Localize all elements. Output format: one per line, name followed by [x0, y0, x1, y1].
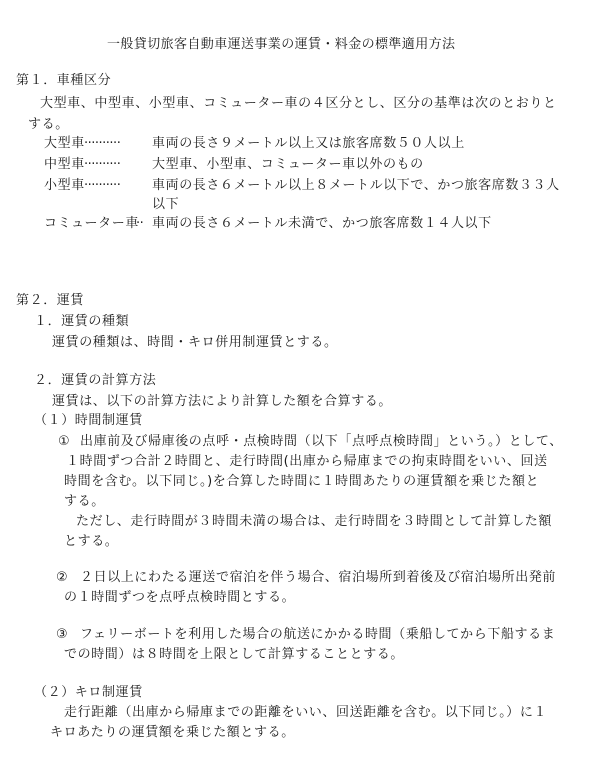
category-leader: ··: [136, 216, 143, 232]
item-line: する。: [64, 494, 105, 510]
item-line: ２日以上にわたる運送で宿泊を伴う場合、宿泊場所到着後及び宿泊場所出発前: [80, 570, 556, 586]
category-desc: 車両の長さ６メートル未満で、かつ旅客席数１４人以下: [152, 216, 492, 232]
item-marker: ③: [56, 627, 68, 643]
item-line: での時間）は８時間を上限として計算することとする。: [64, 647, 404, 663]
item-marker: ②: [56, 570, 68, 586]
category-leader: ··········: [84, 136, 120, 152]
distance-line: キロあたりの運賃額を乗じた額とする。: [50, 725, 295, 741]
distance-line: 走行距離（出庫から帰庫までの距離をいい、回送距離を含む。以下同じ。）に１: [64, 705, 547, 721]
time-based-heading: （１）時間制運賃: [34, 413, 143, 429]
category-name: 中型車: [44, 157, 85, 173]
category-leader: ··········: [84, 157, 120, 173]
item-line: 時間を含む。以下同じ。)を合算した時間に１時間あたりの運賃額を乗じた額と: [64, 474, 539, 490]
sub1-heading: １．運賃の種類: [34, 314, 129, 330]
item-line: フェリーボートを利用した場合の航送にかかる時間（乗船してから下船するま: [80, 627, 555, 643]
item-marker: ①: [58, 434, 70, 450]
document-title: 一般貸切旅客自動車運送事業の運賃・料金の標準適用方法: [107, 37, 455, 53]
category-desc-cont: 以下: [152, 197, 179, 213]
category-desc: 車両の長さ９メートル以上又は旅客席数５０人以上: [152, 136, 465, 152]
category-desc: 大型車、小型車、コミューター車以外のもの: [152, 157, 424, 173]
category-leader: ··········: [84, 178, 120, 194]
sub2-body: 運賃は、以下の計算方法により計算した額を合算する。: [52, 394, 392, 410]
item-line: の１時間ずつを点呼点検時間とする。: [64, 590, 295, 606]
item-note: ただし、走行時間が３時間未満の場合は、走行時間を３時間として計算した額: [76, 514, 552, 530]
category-desc: 車両の長さ６メートル以上８メートル以下で、かつ旅客席数３３人: [152, 178, 560, 194]
section1-intro-cont: する。: [28, 117, 69, 133]
category-name: コミューター車: [44, 216, 139, 232]
item-line: 出庫前及び帰庫後の点呼・点検時間（以下「点呼点検時間」という。）として、: [80, 434, 563, 450]
section2-heading: 第２．運賃: [16, 293, 84, 309]
section1-heading: 第１．車種区分: [16, 73, 111, 89]
item-line: １時間ずつ合計２時間と、走行時間(出庫から帰庫までの拘束時間をいい、回送: [66, 454, 548, 470]
sub1-body: 運賃の種類は、時間・キロ併用制運賃とする。: [52, 335, 338, 351]
category-name: 小型車: [44, 178, 85, 194]
section1-intro: 大型車、中型車、小型車、コミューター車の４区分とし、区分の基準は次のとおりと: [40, 96, 557, 112]
distance-based-heading: （２）キロ制運賃: [34, 685, 143, 701]
category-name: 大型車: [44, 136, 85, 152]
sub2-heading: ２．運賃の計算方法: [34, 373, 156, 389]
item-note-cont: とする。: [64, 534, 118, 550]
